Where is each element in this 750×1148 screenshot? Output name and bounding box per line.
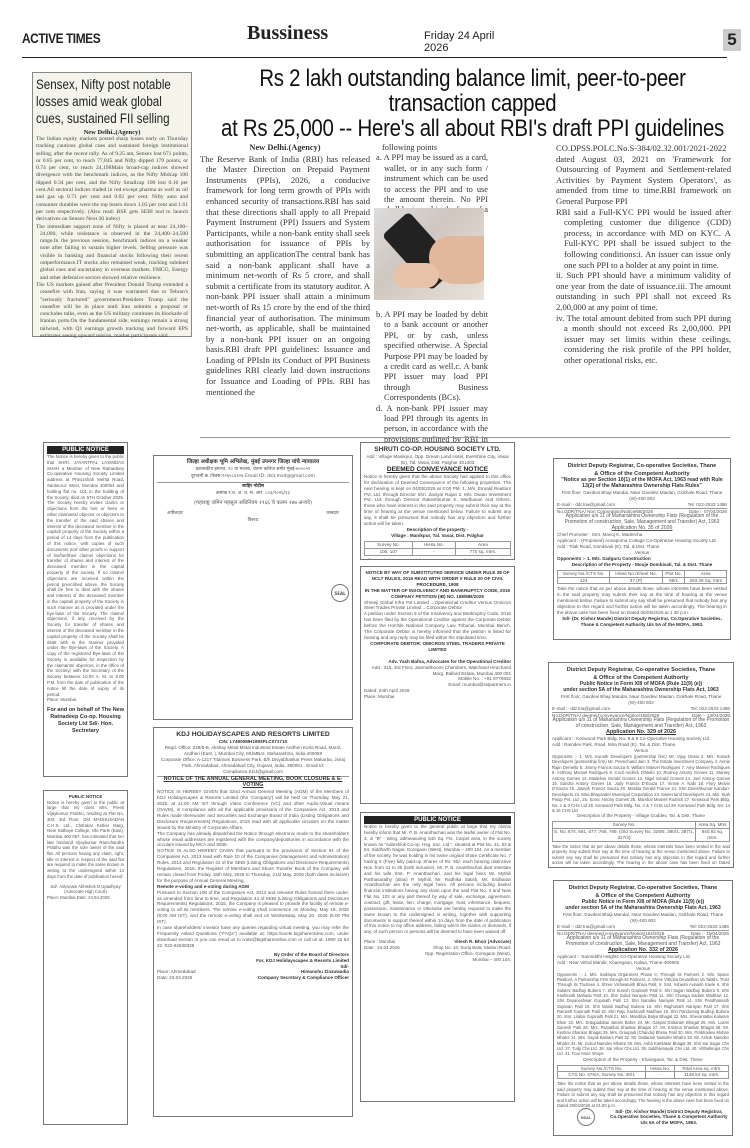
- notice-subtitle: IN THE MATTER OF INSOLVENCY AND BANKRUPT…: [364, 588, 511, 600]
- notice-title: जाहिर नोटीस: [157, 483, 349, 490]
- sidebar-story: Sensex, Nifty post notable losses amid w…: [32, 72, 192, 337]
- lead-col3-debit-limit: iv. The total amount debited from such P…: [556, 313, 731, 366]
- notice-title: PUBLIC NOTICE: [47, 446, 124, 454]
- notice-body: Take the notice that as per above detail…: [557, 586, 727, 616]
- kdj-agm-notice: KDJ HOLIDAYSCAPES AND RESORTS LIMITED CI…: [153, 727, 353, 1117]
- appellant-label: अपीलदार: [167, 510, 183, 517]
- regd-office: Regd. Office: 228/5-B, Akshay Mittal Mit…: [157, 745, 349, 757]
- lead-headline-line2: at Rs 25,000 -- Here's all about RBI's d…: [211, 116, 734, 141]
- notice-subtitle: (महाराष्ट्र जमिन महसूल अधिनियम १९६६ चे क…: [157, 500, 349, 507]
- td: 89/1: [662, 577, 685, 584]
- th: Survey No.: [365, 541, 413, 548]
- issue-date: Friday 24 April 2026: [424, 30, 507, 54]
- notice-parties: Shreeji Global Infra Pvt Limited ...Oper…: [364, 600, 511, 612]
- contact-row: E-mail :- ddr.tna@gmail.comTel: 022-2533…: [552, 706, 730, 713]
- notice-body: Take the notice that as per above detail…: [552, 844, 730, 868]
- th: Hissa No.: [646, 1065, 675, 1072]
- notice-body: NOTICE IS ALSO HEREBY GIVEN that pursuan…: [157, 848, 349, 883]
- notice-header: District Deputy Registrar, Co-operative …: [557, 462, 727, 470]
- company-name: KDJ HOLIDAYSCAPES AND RESORTS LIMITED: [157, 731, 349, 739]
- section-divider: [200, 437, 730, 438]
- td: 106, 107: [365, 548, 413, 555]
- sidebar-paragraph: The US markets gained after President Do…: [36, 282, 188, 340]
- notice-signoff: Sd/- (Dr. Kishor Mande) District Deputy …: [609, 1109, 729, 1127]
- th: Area: [685, 570, 727, 577]
- public-notice-adarshlok: PUBLIC NOTICE Notice is hereby given to …: [360, 812, 515, 1102]
- contact-row: E-mail :- ddr.tna@gmail.comTel: 022-2533…: [557, 502, 727, 509]
- sidebar-paragraph: The Indian equity markets posted sharp l…: [36, 136, 188, 224]
- notice-contact: दूरध्वनी क्र./फॅक्स:२२६५८६१०४ Email ID: …: [157, 473, 349, 483]
- property-table: Survey No.Hissa No.Area 106, 107-770 sq.…: [364, 541, 511, 556]
- notice-title: PUBLIC NOTICE: [364, 816, 511, 824]
- lead-byline: New Delhi.(Agency): [200, 143, 370, 154]
- notice-header: District Deputy Registrar, Co-operative …: [557, 884, 729, 892]
- td: 293.39 Sq. mtrs: [685, 577, 727, 584]
- property-table: Survey No.Area Sq. Mtrs S. No. 674, 681,…: [552, 821, 730, 842]
- property-description: Description of the Property - Kharegaon,…: [557, 1057, 729, 1063]
- smartphone-in-hand-photo: [374, 208, 484, 300]
- ddr-notice-application-35: District Deputy Registrar, Co-operative …: [553, 458, 731, 640]
- sidebar-headline: Sensex, Nifty post notable losses amid w…: [36, 76, 188, 127]
- notice-body: A petition under Section 9 of the Insolv…: [364, 611, 511, 641]
- date: Date : 24.04.2026: [364, 945, 400, 951]
- notice-signoff: Sd/- Advocate Abhishek D Upadhyay (Advoc…: [47, 884, 124, 895]
- advocate-block: Adv. Yash Bafna, Advocates for the Opera…: [364, 659, 511, 689]
- notice-body: Notice is hereby given to the public at …: [47, 800, 124, 880]
- marathi-land-records-notice: जिल्हा अधीक्षक भूमि अभिलेख, मुंबई उपनगर …: [153, 455, 353, 720]
- th: Hissa No.: [413, 541, 456, 548]
- masthead-rule: [22, 57, 727, 58]
- seal-wrap: SEAL: [157, 584, 349, 602]
- email: E-mail :- ddr.tna@gmail.com: [557, 924, 615, 930]
- notice-header: जिल्हा अधीक्षक भूमि अभिलेख, मुंबई उपनगर …: [157, 459, 349, 466]
- notice-body: NOTICE IS HEREBY GIVEN that 32nd Annual …: [157, 789, 349, 830]
- td: 37 (P): [610, 577, 662, 584]
- td: -: [413, 548, 456, 555]
- substituted-service-notice: NOTICE BY WAY OF SUBSTITUTED SERVICE UND…: [360, 566, 515, 804]
- th: Survey No./CTS No.: [558, 570, 610, 577]
- place: Place : Mumbai: [364, 939, 400, 945]
- lead-col3-validity: ii. Such PPI should have a minimum valid…: [556, 270, 731, 312]
- ddr-notice-application-329: District Deputy Registrar, Co-operative …: [548, 662, 734, 868]
- notice-header: District Deputy Registrar, Co-operative …: [552, 666, 730, 674]
- notice-body: Notice is hereby given that the above So…: [364, 474, 511, 527]
- kdj-footer: Place: AhmedabadDate: 23.04.2026 Himansh…: [157, 969, 349, 981]
- td: 1148.54 sq. mtrs.: [675, 1072, 729, 1079]
- property-table: Survey No./CTS No.Hissa No./Sheet No.Plo…: [557, 570, 727, 585]
- td: S. No. 674, 681, 677, 768, 769. (Old Sur…: [553, 829, 696, 842]
- versus-label: विरुध्द: [157, 517, 349, 524]
- th: Area Sq. Mtrs: [695, 822, 729, 829]
- notice-place-date: Place: Mumbai Date: 24.04.2026: [47, 895, 124, 901]
- lead-headline-line1: Rs 2 lakh outstanding balance limit, pee…: [211, 66, 734, 116]
- tel: Tel: 022-2533 1486: [688, 502, 727, 508]
- th: Survey No.: [553, 822, 696, 829]
- notice-body: Take the notice that as per above detail…: [557, 1081, 729, 1108]
- notice-address: प्रशासकीय इमारत, १० वा मजला, चेतना कॉलेज…: [157, 466, 349, 473]
- paper-name: ACTIVE TIMES: [22, 30, 100, 46]
- td: -: [646, 1072, 675, 1079]
- email: E-mail :- ddr.tna@gmail.com: [557, 502, 615, 508]
- office-address: Office : Administrative Building-A, 206,…: [364, 558, 430, 560]
- notice-place: Place: Mumbai: [364, 694, 511, 700]
- th: Survey No./CTS No.: [558, 1065, 646, 1072]
- lead-col3-circular: CO.DPSS.POLC.No.S-384/02.32.001/2021-202…: [556, 143, 731, 207]
- seal-stamp: SEAL: [577, 1108, 595, 1126]
- notice-sub: "Notice as per Section 10(1) of the MOFA…: [557, 478, 727, 490]
- notice-body: Pursuant to Section 108 of the Companies…: [157, 890, 349, 925]
- notice-body: In case shareholders/ investor have any …: [157, 925, 349, 949]
- lead-column-1: New Delhi.(Agency) The Reserve Bank of I…: [200, 143, 370, 397]
- lead-headline: Rs 2 lakh outstanding balance limit, pee…: [211, 66, 734, 141]
- sidebar-byline: New Delhi.,(Agency): [36, 129, 188, 136]
- td: 770 sq. mtrs.: [455, 548, 510, 555]
- notice-footer: Place : MumbaiDate : 24.04.2026 Vitesh R…: [364, 939, 511, 962]
- designation: Company Secretary & Compliance Officer: [258, 975, 349, 981]
- society-name: SHRUTI CO-OP. HOUSING SOCIETY LTD.: [364, 446, 511, 454]
- opponents: Opponents :- 1. M/s. Saikrupa Organisers…: [557, 972, 729, 1057]
- masthead: ACTIVE TIMES Bussiness Friday 24 April 2…: [22, 22, 507, 52]
- office-address: First floor, Gavdevi Bhaji Mandai, Near …: [557, 912, 729, 924]
- lead-col2-intro: following points: [376, 143, 488, 153]
- td: 124: [558, 577, 610, 584]
- signoff-row: SEAL Sd/- (Dr. Kishor Mande) District De…: [557, 1108, 729, 1126]
- advocate-address: Shop No. 10, Suraj Bala, Station Road, O…: [423, 945, 511, 963]
- date: Date: 23.04.2026: [157, 975, 196, 981]
- public-notice-new-ratnadeep: PUBLIC NOTICE The Notice is hereby given…: [43, 442, 128, 777]
- notice-body: Notice is hereby given to the general pu…: [364, 824, 511, 935]
- ddr-notice-application-332: District Deputy Registrar, Co-operative …: [553, 880, 733, 1136]
- respondent-label: जाबदार: [326, 510, 339, 517]
- property-description: Description of the Property - Village Go…: [552, 813, 730, 819]
- property-village: Village : Manikpur, Tal. Vasai, Dist. Pa…: [364, 533, 511, 539]
- notice-body: The Notice is hereby given to the public…: [47, 454, 124, 697]
- order-block: By Order of the Board of Directors For, …: [157, 952, 349, 970]
- th: Area: [455, 541, 510, 548]
- corporate-debtor: CORPORATE DEBTOR: OMICRON STEEL TRADERS …: [364, 641, 511, 653]
- td: CTS No. 475/A, Survey No. 30/1: [558, 1072, 646, 1079]
- notice-signoff: Sd/- (Shirish Kulkarni) Competent Author…: [452, 558, 511, 560]
- corp-office: Corporate Office: A-1217 Titanium Busine…: [157, 757, 349, 778]
- sidebar-paragraph: The immediate support zone of Nifty is p…: [36, 224, 188, 282]
- contact-row: E-mail :- ddr.tna@gmail.comTel: 022-2533…: [557, 924, 729, 931]
- deemed-conveyance-notice: SHRUTI CO-OP. HOUSING SOCIETY LTD. Add :…: [360, 442, 515, 560]
- seal-stamp: SEAL: [331, 584, 349, 602]
- notice-ref: क्रमांक र.च. अ. प्र. स. आर. ८०३/२०२६/१३: [157, 490, 349, 497]
- lead-column-3: CO.DPSS.POLC.No.S-384/02.32.001/2021-202…: [556, 143, 731, 365]
- society-address: Add : Village Manikpur, Opp. Dream Land …: [364, 454, 511, 466]
- td: 840.92 sq. mtrs.: [695, 829, 729, 842]
- notice-footer: Office : Administrative Building-A, 206,…: [364, 558, 511, 560]
- property-table: Survey No./CTS No.Hissa No.Total Area sq…: [557, 1065, 729, 1080]
- property-description: Description of the Property - Mouje Domb…: [557, 562, 727, 568]
- lead-col1-text: The Reserve Bank of India (RBI) has rele…: [200, 154, 370, 398]
- tel: Tel: 022-2533 1486: [690, 924, 729, 930]
- lead-column-2b: b. A PPI may be loaded by debit to a ban…: [376, 310, 488, 456]
- notice-title: DEEMED CONVEYANCE NOTICE: [364, 466, 511, 474]
- notice-signoff: Sd/- (Dr. Kishor Mande) District Deputy …: [557, 616, 727, 628]
- notice-sub-2: under section 5A of the Maharashtra Owne…: [552, 688, 730, 694]
- lead-col2-point-b: b. A PPI may be loaded by debit to a ban…: [376, 310, 488, 404]
- email: E-mail :- ddr.tna@gmail.com: [552, 706, 610, 712]
- public-notice-prabhu: PUBLIC NOTICE Notice is hereby given to …: [43, 790, 128, 1125]
- office-address: First floor, Gavdevi Bhaji Mandai, Near …: [557, 490, 727, 502]
- notice-title: NOTICE OF THE ANNUAL GENERAL MEETING, BO…: [157, 777, 349, 789]
- notice-sub-2: under section 5A of the Maharashtra Owne…: [557, 906, 729, 912]
- section-title: Bussiness: [247, 22, 328, 45]
- page-number: 5: [723, 29, 741, 51]
- opponents: Opponents :- 1. M/s. Konark Developers (…: [552, 754, 730, 813]
- notice-title: NOTICE BY WAY OF SUBSTITUTED SERVICE UND…: [364, 570, 511, 588]
- notice-body: The Company has already dispatched the N…: [157, 831, 349, 849]
- notice-signoff: For and on behalf of The New Ratnadeep C…: [47, 707, 124, 735]
- tel: Tel: 022-2533 1486: [691, 706, 730, 712]
- th: Plot No.: [662, 570, 685, 577]
- notice-place: Place: Mumbai.: [47, 697, 124, 703]
- th: Hissa No./Sheet No.: [610, 570, 662, 577]
- lead-col3-fullkyc: RBI said a Full-KYC PPI would be issued …: [556, 207, 731, 271]
- notice-parties: अपीलदार जाबदार: [157, 510, 349, 517]
- advocate-address: Add : 315, 3rd Floor, Janmabhoomi Chambe…: [364, 665, 511, 677]
- th: Total Area sq. mtrs.: [675, 1065, 729, 1072]
- office-address: First floor, Gavdevi Bhaji Mandai, Near …: [552, 694, 730, 706]
